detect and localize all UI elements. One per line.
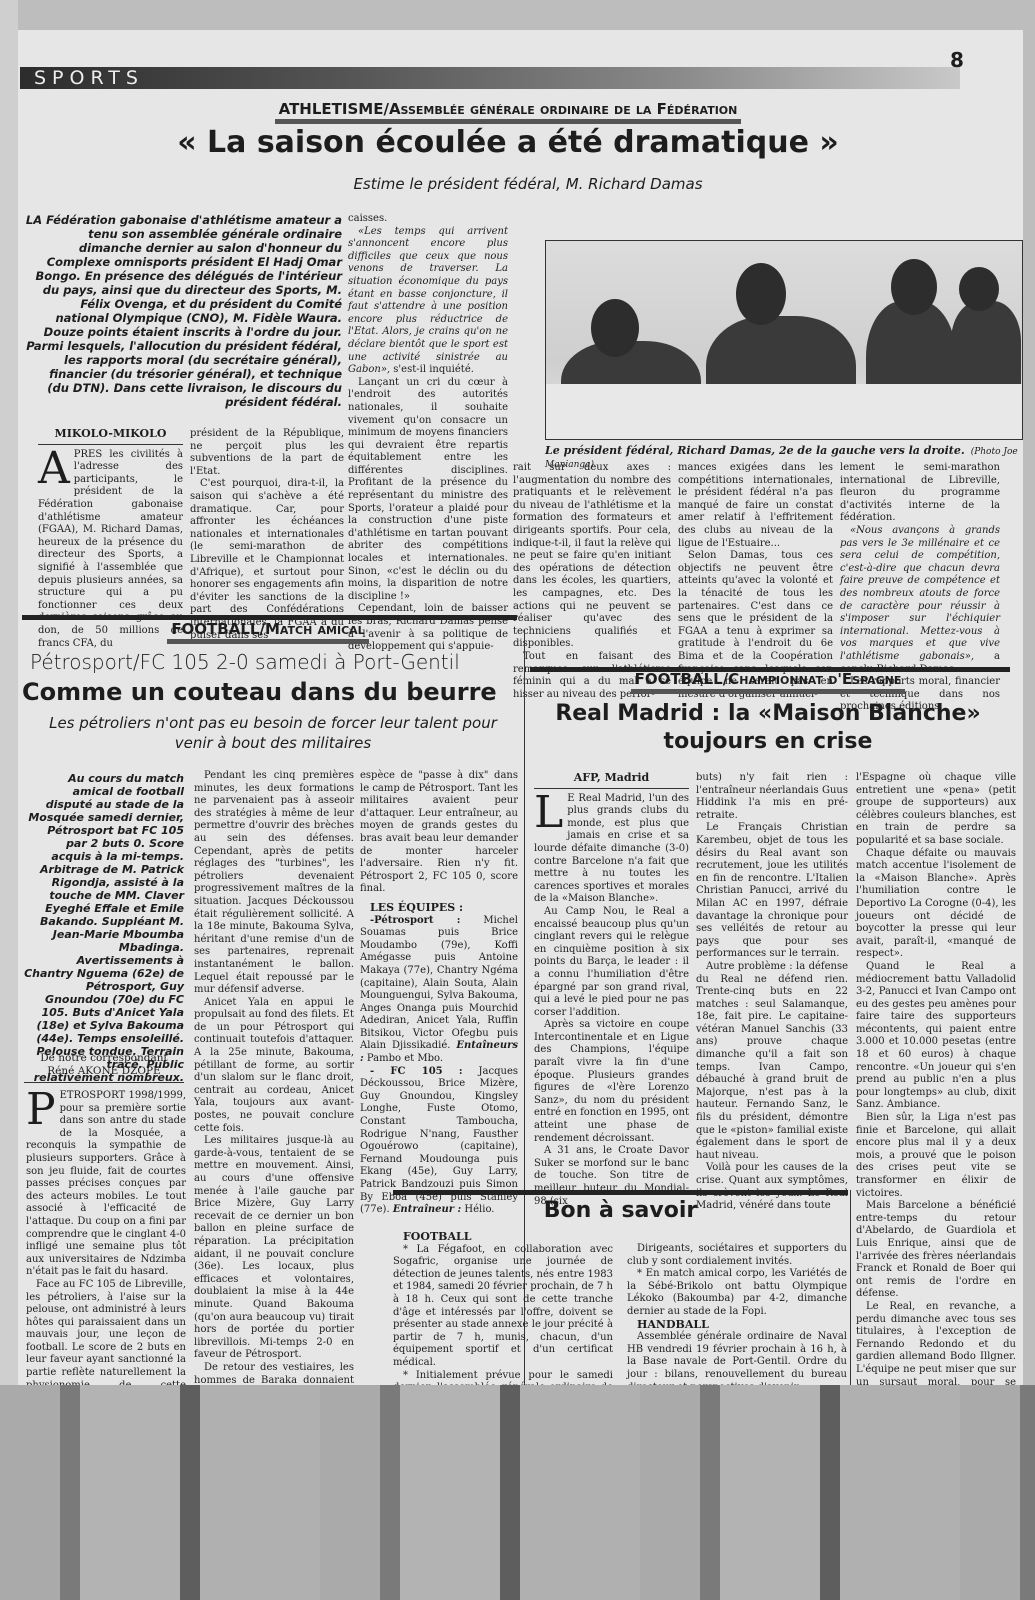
football-espagne-col2: buts) n'y fait rien : l'entraîneur néerl… (696, 772, 848, 1213)
football-amical-col3: espèce de "passe à dix" dans le camp de … (360, 770, 518, 1217)
dropcap: L (534, 795, 563, 831)
photo-head-4 (959, 267, 999, 311)
notice: * La Fégafoot, en collaboration avec Sog… (393, 1244, 613, 1370)
team1-label: -Pétrosport : (370, 915, 460, 926)
kicker-rest: Assemblée générale ordinaire de la Fédér… (389, 100, 737, 118)
kicker-main: FOOTBALL/ (171, 620, 265, 638)
photo-table (546, 384, 1022, 439)
photo-head-2 (736, 263, 786, 325)
paragraph: mances exigées dans les compétitions int… (678, 462, 833, 550)
paragraph: rait sur deux axes : l'augmentation du n… (513, 462, 671, 651)
photo-head-3 (891, 259, 937, 315)
section-header-bar: SPORTS (20, 67, 960, 89)
athletisme-col5: mances exigées dans les compétitions int… (678, 462, 833, 701)
photo-head-1 (591, 299, 639, 357)
athletisme-subtitle: Estime le président fédéral, M. Richard … (278, 175, 778, 193)
team1-players: Michel Souamas puis Brice Moudambo (79e)… (360, 915, 518, 1052)
caption-text: Le président fédéral, Richard Damas, 2e … (545, 444, 965, 457)
bon-a-savoir-title: Bon à savoir (393, 1198, 848, 1223)
football-espagne-title: Real Madrid : la «Maison Blanche» toujou… (528, 700, 1008, 756)
paragraph: caisses. (348, 213, 508, 226)
football-amical-lead: Au cours du match amical de football dis… (24, 772, 184, 1084)
divider (393, 1190, 848, 1195)
paragraph: Pendant les cinq premières minutes, les … (194, 770, 354, 997)
paragraph: buts) n'y fait rien : l'entraîneur néerl… (696, 772, 848, 822)
notice: * En match amical corpo, les Variétés de… (627, 1268, 847, 1318)
title-line-2: toujours en crise (528, 728, 1008, 756)
athletisme-title: « La saison écoulée a été dramatique » (118, 125, 898, 160)
football-amical-kicker: FOOTBALL/Match amical (78, 620, 458, 644)
correspondent: De notre correspondant Réné AKONE DZOPE (24, 1052, 184, 1083)
quote: «Les temps qui arrivent s'annoncent enco… (348, 226, 508, 376)
scan-background (0, 1385, 1035, 1600)
paragraph: Après sa victoire en coupe Intercontinen… (534, 1019, 689, 1145)
paragraph: Les militaires jusque-là au garde-à-vous… (194, 1135, 354, 1362)
paragraph: l'Espagne où chaque ville entretient une… (856, 772, 1016, 848)
title-line-1: Real Madrid : la «Maison Blanche» (528, 700, 1008, 728)
paragraph: lement le semi-marathon international de… (840, 462, 1000, 525)
kicker-main: FOOTBALL/ (635, 670, 729, 688)
correspondent-label: De notre correspondant (24, 1052, 184, 1065)
team1-coach: Pambo et Mbo. (367, 1053, 443, 1064)
paragraph: Quand le Real a médiocrement battu Valla… (856, 961, 1016, 1112)
paragraph: Lançant un cri du cœur à l'endroit des a… (348, 377, 508, 604)
athletisme-kicker: ATHLETISME/Assemblée générale ordinaire … (218, 100, 798, 124)
football-notice-title: FOOTBALL (393, 1231, 613, 1244)
quote: «Nous avançons à grands pas vers le 3e m… (840, 525, 1000, 662)
newspaper-page: SPORTS 8 ATHLETISME/Assemblée générale o… (18, 30, 1023, 1385)
paragraph: Au Camp Nou, le Real a encaissé beaucoup… (534, 906, 689, 1019)
kicker-rest: Match amical (265, 620, 365, 638)
dropcap: A (38, 451, 70, 487)
football-amical-col2: Pendant les cinq premières minutes, les … (194, 770, 354, 1488)
page-edge (0, 0, 18, 1600)
athletisme-col3: caisses. «Les temps qui arrivent s'annon… (348, 213, 508, 654)
football-espagne-kicker: FOOTBALL/Championnat d'Espagne (578, 670, 958, 694)
paragraph: Bien sûr, la Liga n'est pas finie et Bar… (856, 1112, 1016, 1200)
paragraph: Mais Barcelone a bénéficié entre-temps d… (856, 1200, 1016, 1301)
football-espagne-col1: AFP, Madrid LE Real Madrid, l'un des plu… (534, 772, 689, 1208)
paragraph: Anicet Yala en appui le propulsait au fo… (194, 997, 354, 1136)
football-amical-subtitle: Les pétroliers n'ont pas eu besoin de fo… (38, 713, 508, 753)
kicker-rest: Championnat d'Espagne (728, 670, 901, 688)
article-photo (545, 240, 1023, 440)
match-score-line: Pétrosport/FC 105 2-0 samedi à Port-Gent… (30, 650, 520, 674)
notice: Dirigeants, sociétaires et supporters du… (627, 1243, 847, 1268)
handball-notice-title: HANDBALL (627, 1319, 847, 1332)
athletisme-col2: président de la République, ne perçoit p… (190, 428, 344, 642)
football-amical-col1: PETROSPORT 1998/1999, pour sa première s… (26, 1090, 186, 1430)
paragraph: président de la République, ne perçoit p… (190, 428, 344, 478)
paragraph: Le Français Christian Karembeu, objet de… (696, 822, 848, 961)
correspondent-name: Réné AKONE DZOPE (24, 1065, 184, 1078)
athletisme-col4: rait sur deux axes : l'augmentation du n… (513, 462, 671, 701)
dropcap: P (26, 1092, 56, 1128)
football-amical-title: Comme un couteau dans du beurre (22, 678, 522, 706)
team2-label: - FC 105 : (370, 1066, 463, 1077)
paragraph: espèce de "passe à dix" dans le camp de … (360, 770, 518, 896)
quote-attribution: s'est-il inquiété. (393, 364, 474, 375)
teams-title: LES ÉQUIPES : (360, 902, 518, 915)
paragraph: Autre problème : la défense du Real ne d… (696, 961, 848, 1163)
athletisme-lead: LA Fédération gabonaise d'athlétisme ama… (24, 213, 342, 409)
page-number: 8 (950, 48, 964, 72)
kicker-main: ATHLETISME/ (279, 100, 389, 118)
paragraph: Chaque défaite ou mauvais match accentue… (856, 848, 1016, 961)
section-label: SPORTS (34, 67, 144, 89)
